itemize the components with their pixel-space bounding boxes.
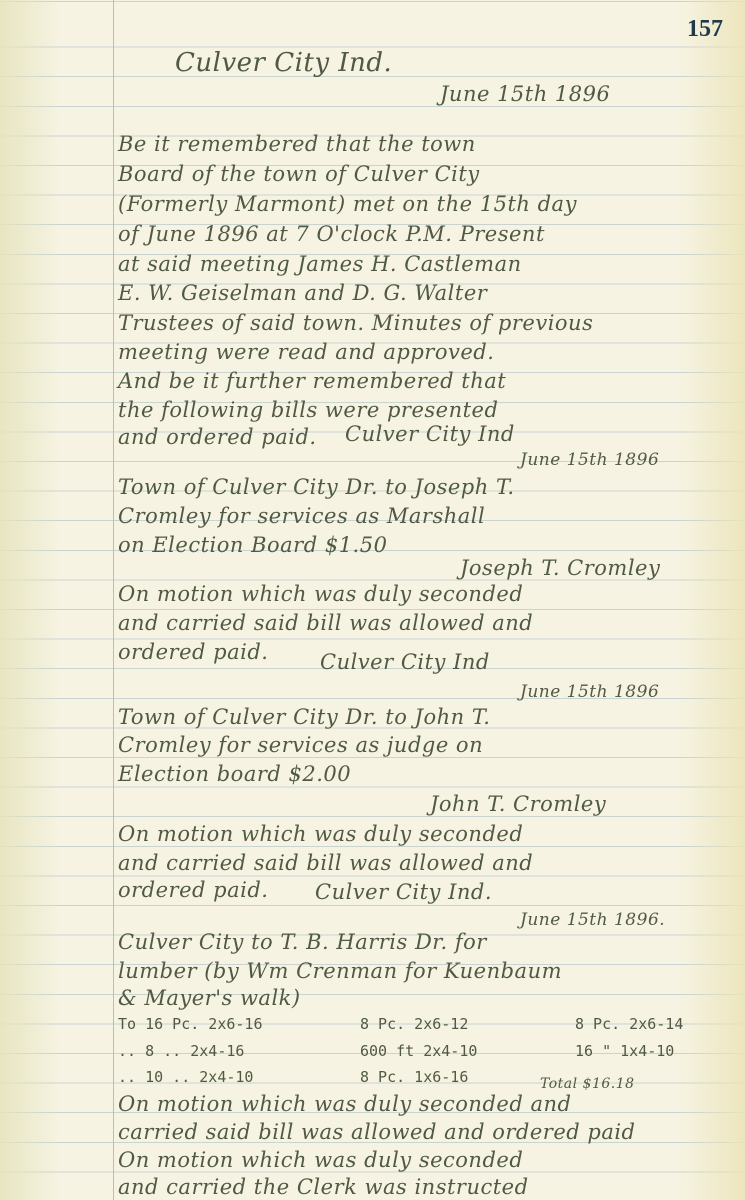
bill-place: Culver City Ind xyxy=(345,422,515,446)
header-date: June 15th 1896 xyxy=(440,82,610,106)
bill-line: Cromley for services as Marshall xyxy=(118,504,485,528)
minutes-line: meeting were read and approved. xyxy=(118,340,494,364)
minutes-line: the following bills were presented xyxy=(118,398,498,422)
motion-line: On motion which was duly seconded and xyxy=(118,1092,571,1116)
minutes-line: Board of the town of Culver City xyxy=(118,162,480,186)
lumber-item: To 16 Pc. 2x6-16 xyxy=(118,1015,263,1033)
minutes-line: Be it remembered that the town xyxy=(118,132,476,156)
motion-line: ordered paid. xyxy=(118,878,268,902)
bill-line: Election board $2.00 xyxy=(118,762,351,786)
lumber-item: 8 Pc. 1x6-16 xyxy=(360,1068,468,1086)
lumber-item: 8 Pc. 2x6-12 xyxy=(360,1015,468,1033)
motion-line: On motion which was duly seconded xyxy=(118,582,523,606)
header-place: Culver City Ind. xyxy=(175,48,392,78)
lumber-item: 8 Pc. 2x6-14 xyxy=(575,1015,683,1033)
bill-signature: John T. Cromley xyxy=(430,792,606,816)
motion-line: ordered paid. xyxy=(118,640,268,664)
lumber-item: 16 " 1x4-10 xyxy=(575,1042,674,1060)
closing-line: On motion which was duly seconded xyxy=(118,1148,523,1172)
motion-line: and carried said bill was allowed and xyxy=(118,611,533,635)
bill-line: on Election Board $1.50 xyxy=(118,533,387,557)
bill-date: June 15th 1896. xyxy=(520,910,665,930)
bill-line: Town of Culver City Dr. to John T. xyxy=(118,705,490,729)
minutes-line: And be it further remembered that xyxy=(118,369,506,393)
closing-line: and carried the Clerk was instructed xyxy=(118,1175,529,1199)
motion-line: and carried said bill was allowed and xyxy=(118,851,533,875)
minutes-line: (Formerly Marmont) met on the 15th day xyxy=(118,192,577,216)
minutes-line: and ordered paid. xyxy=(118,425,317,449)
minutes-line: Trustees of said town. Minutes of previo… xyxy=(118,311,593,335)
lumber-item: .. 10 .. 2x4-10 xyxy=(118,1068,253,1086)
margin-rule xyxy=(113,0,114,1200)
page-number: 157 xyxy=(687,16,723,43)
ledger-page: 157 Culver City Ind. June 15th 1896 Be i… xyxy=(0,0,745,1200)
motion-line: carried said bill was allowed and ordere… xyxy=(118,1120,636,1144)
bill-line: lumber (by Wm Crenman for Kuenbaum xyxy=(118,959,562,983)
bill-signature: Joseph T. Cromley xyxy=(460,556,660,580)
minutes-line: of June 1896 at 7 O'clock P.M. Present xyxy=(118,222,545,246)
bill-line: Culver City to T. B. Harris Dr. for xyxy=(118,930,487,954)
bill-date: June 15th 1896 xyxy=(520,682,659,702)
bill-line: Cromley for services as judge on xyxy=(118,733,483,757)
motion-line: On motion which was duly seconded xyxy=(118,822,523,846)
bill-place: Culver City Ind. xyxy=(315,880,492,904)
bill-place: Culver City Ind xyxy=(320,650,490,674)
bill-date: June 15th 1896 xyxy=(520,450,659,470)
lumber-item: .. 8 .. 2x4-16 xyxy=(118,1042,244,1060)
lumber-item: 600 ft 2x4-10 xyxy=(360,1042,477,1060)
bill-line: Town of Culver City Dr. to Joseph T. xyxy=(118,475,515,499)
minutes-line: E. W. Geiselman and D. G. Walter xyxy=(118,281,487,305)
minutes-line: at said meeting James H. Castleman xyxy=(118,252,522,276)
bill-total: Total $16.18 xyxy=(540,1076,635,1092)
bill-line: & Mayer's walk) xyxy=(118,986,301,1010)
